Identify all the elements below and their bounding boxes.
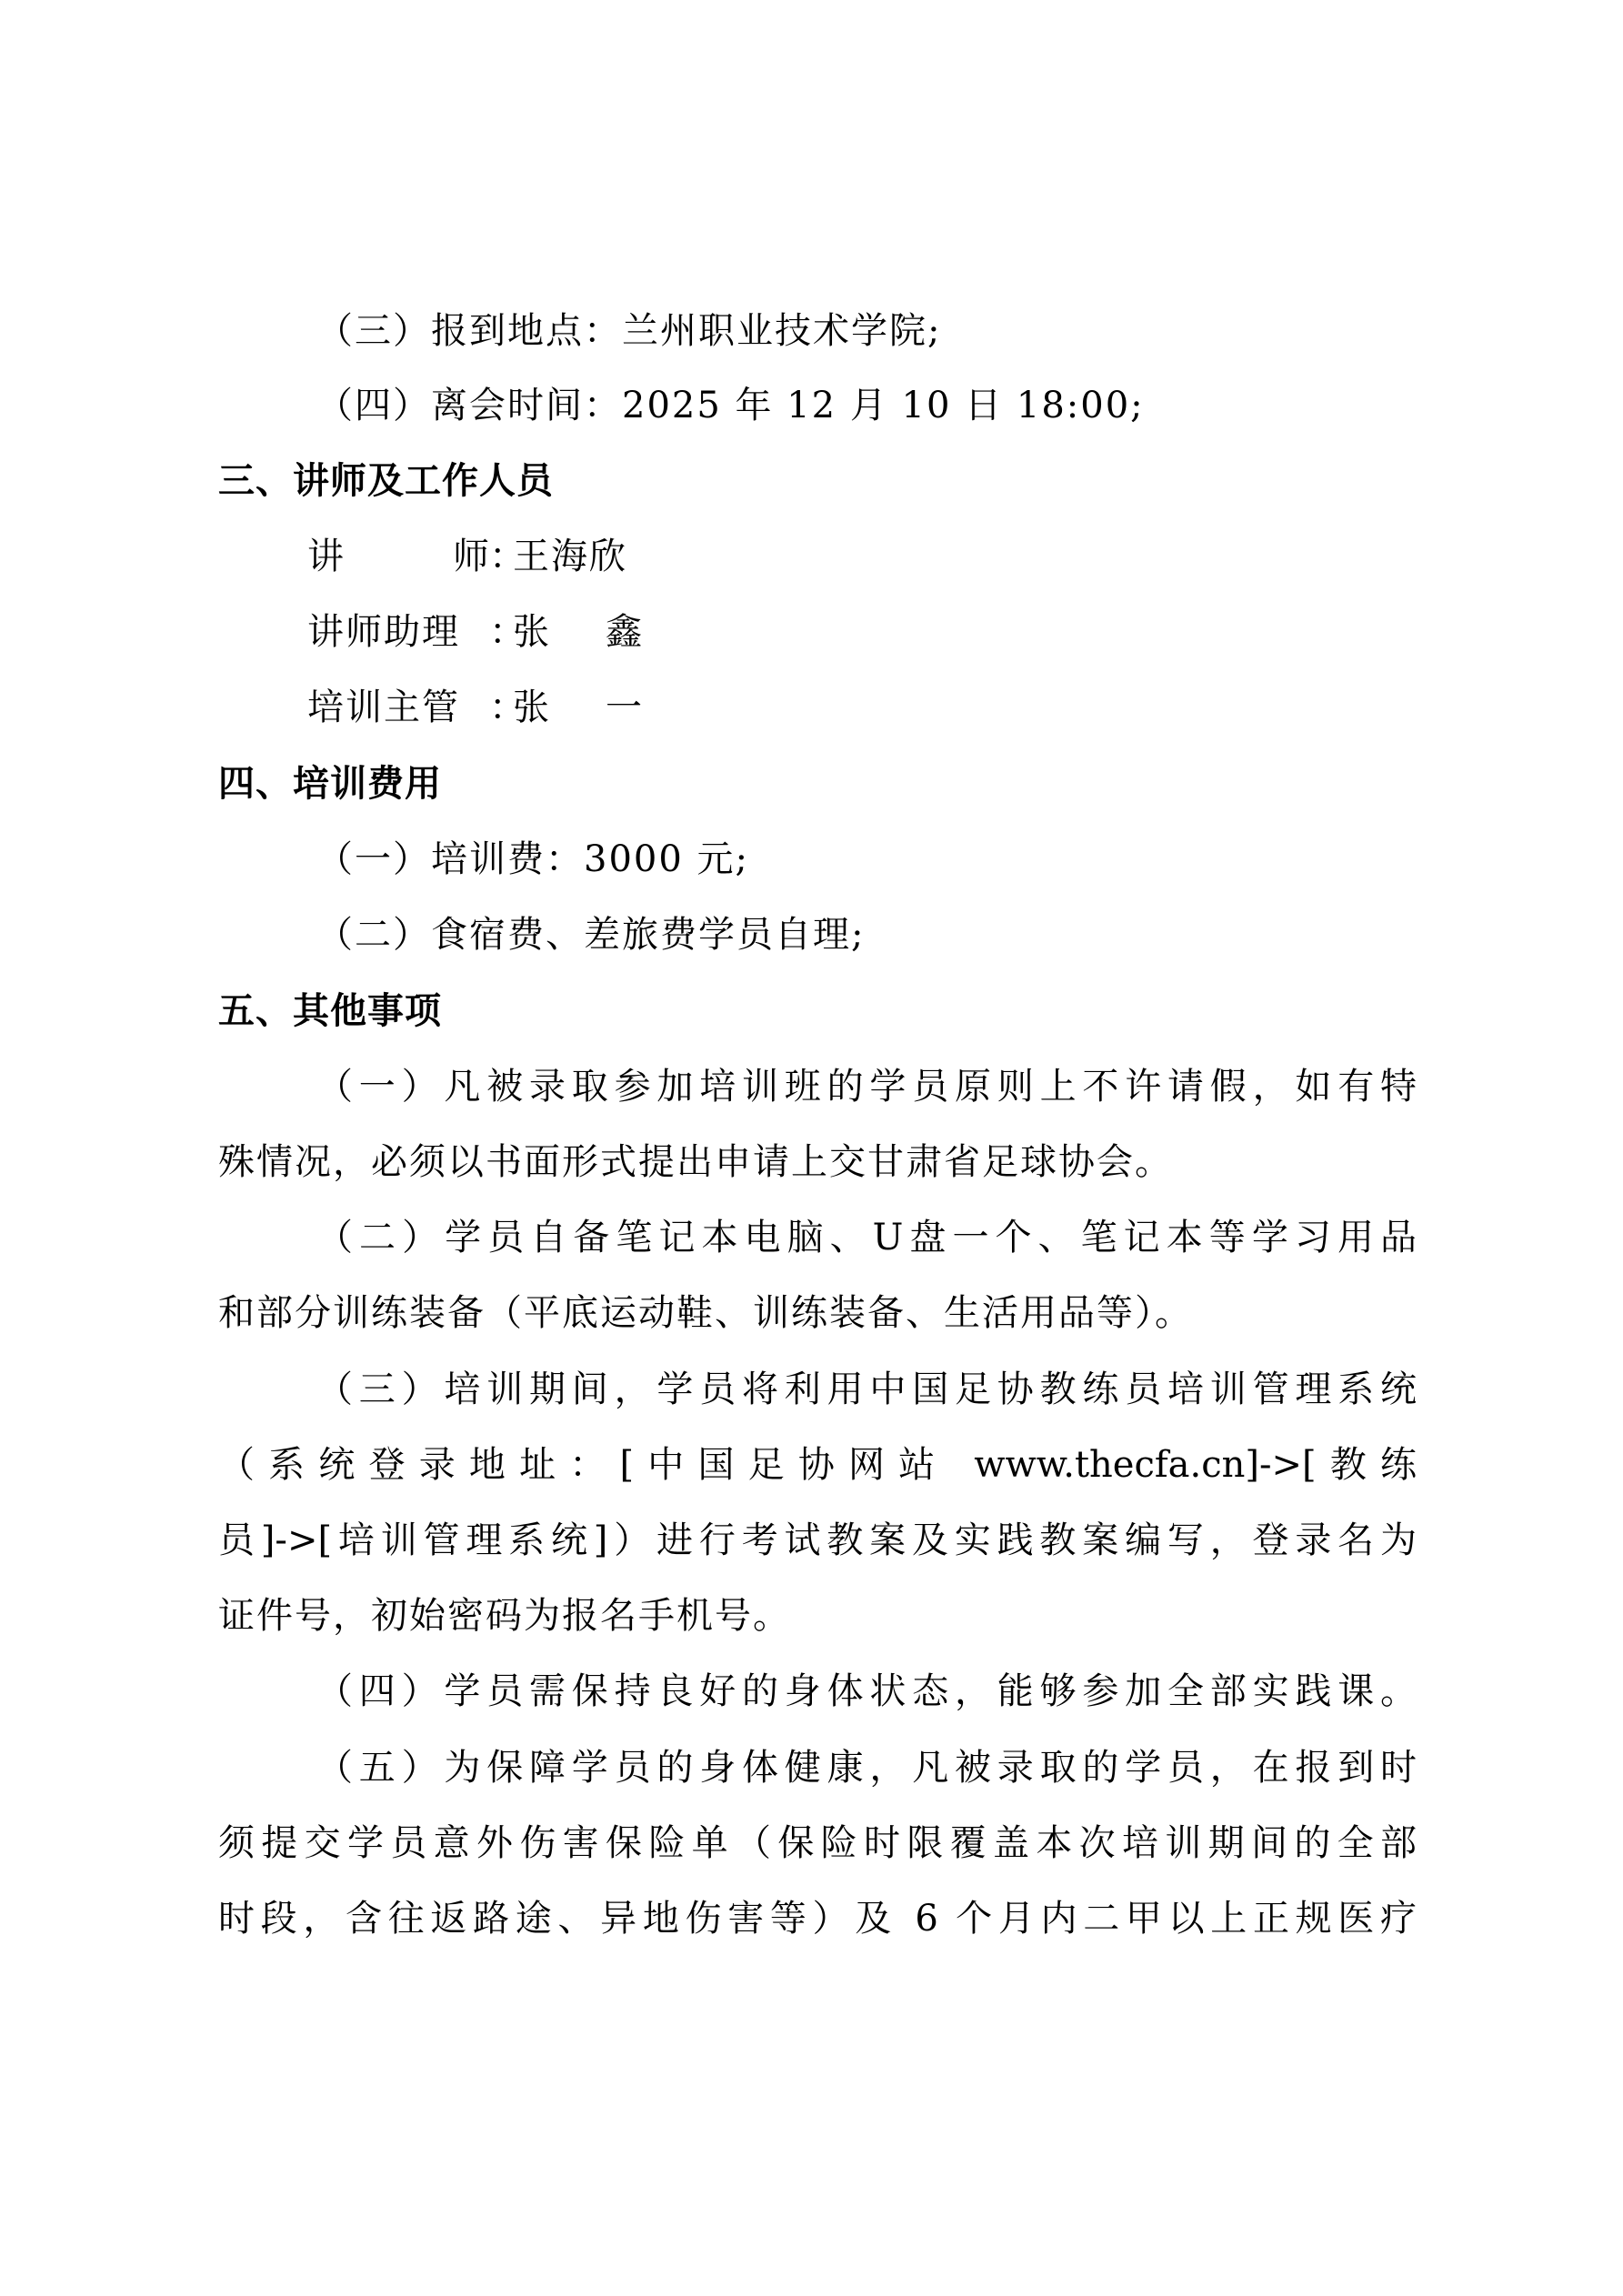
colon: ： <box>489 535 513 578</box>
paragraph-3-line-2: （系统登录地址：[中国足协网站 www.thecfa.cn]->[教练 <box>218 1443 1417 1487</box>
staff-row-training-supervisor: 培训主管：张一 <box>307 686 644 729</box>
fee-item-training: （一）培训费：3000 元; <box>316 837 749 881</box>
staff-value: 王海欣 <box>513 536 627 577</box>
colon: ： <box>489 686 513 729</box>
staff-label: 讲师助理 <box>307 610 513 654</box>
paragraph-4-line-1: （四）学员需保持良好的身体状态，能够参加全部实践课。 <box>316 1669 1417 1713</box>
document-page: （三）报到地点：兰州职业技术学院; （四）离会时间：2025 年 12 月 10… <box>0 0 1623 2296</box>
fee-item-accommodation: （二）食宿费、差旅费学员自理; <box>316 913 865 957</box>
section3-heading: 三、讲师及工作人员 <box>218 459 554 503</box>
staff-value: 张鑫 <box>513 611 644 653</box>
paragraph-5-line-2: 须提交学员意外伤害保险单（保险时限覆盖本次培训期间的全部 <box>218 1821 1417 1865</box>
paragraph-3-line-4: 证件号，初始密码为报名手机号。 <box>218 1594 791 1638</box>
paragraph-5-line-1: （五）为保障学员的身体健康，凡被录取的学员，在报到时 <box>316 1746 1417 1790</box>
staff-label: 培训主管 <box>307 686 513 729</box>
section4-heading: 四、培训费用 <box>218 762 442 806</box>
staff-label: 讲师 <box>307 535 489 578</box>
section2-item-registration-location: （三）报到地点：兰州职业技术学院; <box>316 309 941 353</box>
paragraph-2-line-2: 和部分训练装备（平底运动鞋、训练装备、生活用品等）。 <box>218 1291 1193 1335</box>
section2-item-departure-time: （四）离会时间：2025 年 12 月 10 日 18:00; <box>316 384 1145 427</box>
paragraph-1-line-2: 殊情况，必须以书面形式提出申请上交甘肃省足球协会。 <box>218 1140 1173 1184</box>
staff-row-lecturer-assistant: 讲师助理：张鑫 <box>307 610 644 654</box>
paragraph-1-line-1: （一）凡被录取参加培训班的学员原则上不许请假，如有特 <box>316 1065 1417 1108</box>
staff-value: 张一 <box>513 687 644 728</box>
paragraph-3-line-1: （三）培训期间，学员将利用中国足协教练员培训管理系统 <box>316 1368 1417 1411</box>
section5-heading: 五、其他事项 <box>218 989 442 1033</box>
paragraph-2-line-1: （二）学员自备笔记本电脑、U盘一个、笔记本等学习用品 <box>316 1216 1417 1259</box>
staff-row-lecturer: 讲师：王海欣 <box>307 535 627 578</box>
paragraph-5-line-3: 时段，含往返路途、异地伤害等）及 6 个月内二甲以上正规医疗 <box>218 1897 1417 1940</box>
paragraph-3-line-3: 员]->[培训管理系统]）进行考试教案及实践教案编写，登录名为 <box>218 1519 1417 1562</box>
colon: ： <box>489 610 513 654</box>
